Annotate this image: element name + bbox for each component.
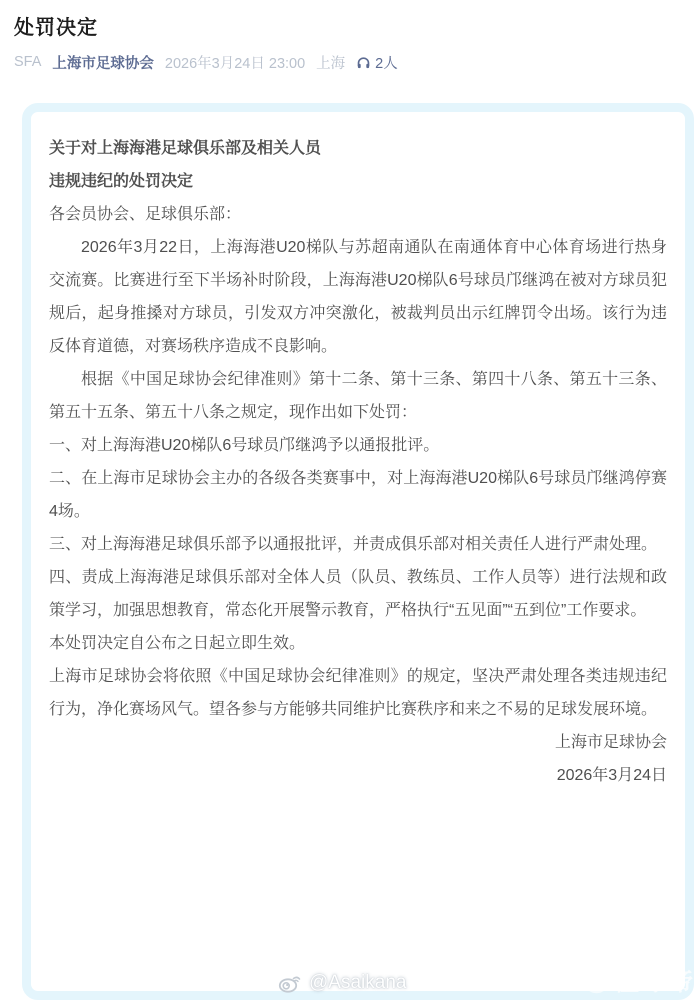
signature-name: 上海市足球协会 [49, 726, 667, 759]
post-datetime: 2026年3月24日 23:00 [165, 52, 305, 73]
penalty-item-3: 三、对上海海港足球俱乐部予以通报批评，并责成俱乐部对相关责任人进行严肃处理。 [49, 528, 667, 561]
signature-date: 2026年3月24日 [49, 759, 667, 792]
listener-count-label: 2人 [375, 52, 398, 73]
ball-icon [583, 967, 610, 994]
paragraph-incident: 2026年3月22日，上海海港U20梯队与苏超南通队在南通体育中心体育场进行热身… [49, 231, 667, 363]
brand-name: 懂球帝 [614, 962, 695, 998]
page-title: 处罚决定 [14, 11, 98, 40]
post-meta: SFA 上海市足球协会 2026年3月24日 23:00 上海 2人 [14, 52, 398, 72]
document-title-line2: 违规违纪的处罚决定 [49, 165, 667, 198]
penalty-item-2: 二、在上海市足球协会主办的各级各类赛事中，对上海海港U20梯队6号球员邝继鸿停赛… [49, 462, 667, 528]
author-link[interactable]: 上海市足球协会 [52, 52, 154, 73]
brand-watermark: 懂球帝 [583, 962, 695, 998]
weibo-watermark: @Asaikana [278, 972, 406, 994]
paragraph-effective: 本处罚决定自公布之日起立即生效。 [49, 627, 667, 660]
weibo-icon [278, 973, 302, 993]
weibo-username: @Asaikana [309, 972, 406, 994]
paragraph-closing: 上海市足球协会将依照《中国足球协会纪律准则》的规定，坚决严肃处理各类违规违纪行为… [49, 660, 667, 726]
penalty-item-4: 四、责成上海海港足球俱乐部对全体人员（队员、教练员、工作人员等）进行法规和政策学… [49, 561, 667, 627]
headphones-icon [356, 55, 371, 70]
penalty-item-1: 一、对上海海港U20梯队6号球员邝继鸿予以通报批评。 [49, 429, 667, 462]
announcement-card: 关于对上海海港足球俱乐部及相关人员 违规违纪的处罚决定 各会员协会、足球俱乐部：… [22, 103, 694, 1000]
listen-count[interactable]: 2人 [356, 52, 398, 73]
document-title-line1: 关于对上海海港足球俱乐部及相关人员 [49, 132, 667, 165]
salutation: 各会员协会、足球俱乐部： [49, 198, 667, 231]
source-badge: SFA [14, 54, 41, 70]
paragraph-basis: 根据《中国足球协会纪律准则》第十二条、第十三条、第四十八条、第五十三条、第五十五… [49, 363, 667, 429]
post-location: 上海 [316, 52, 345, 73]
